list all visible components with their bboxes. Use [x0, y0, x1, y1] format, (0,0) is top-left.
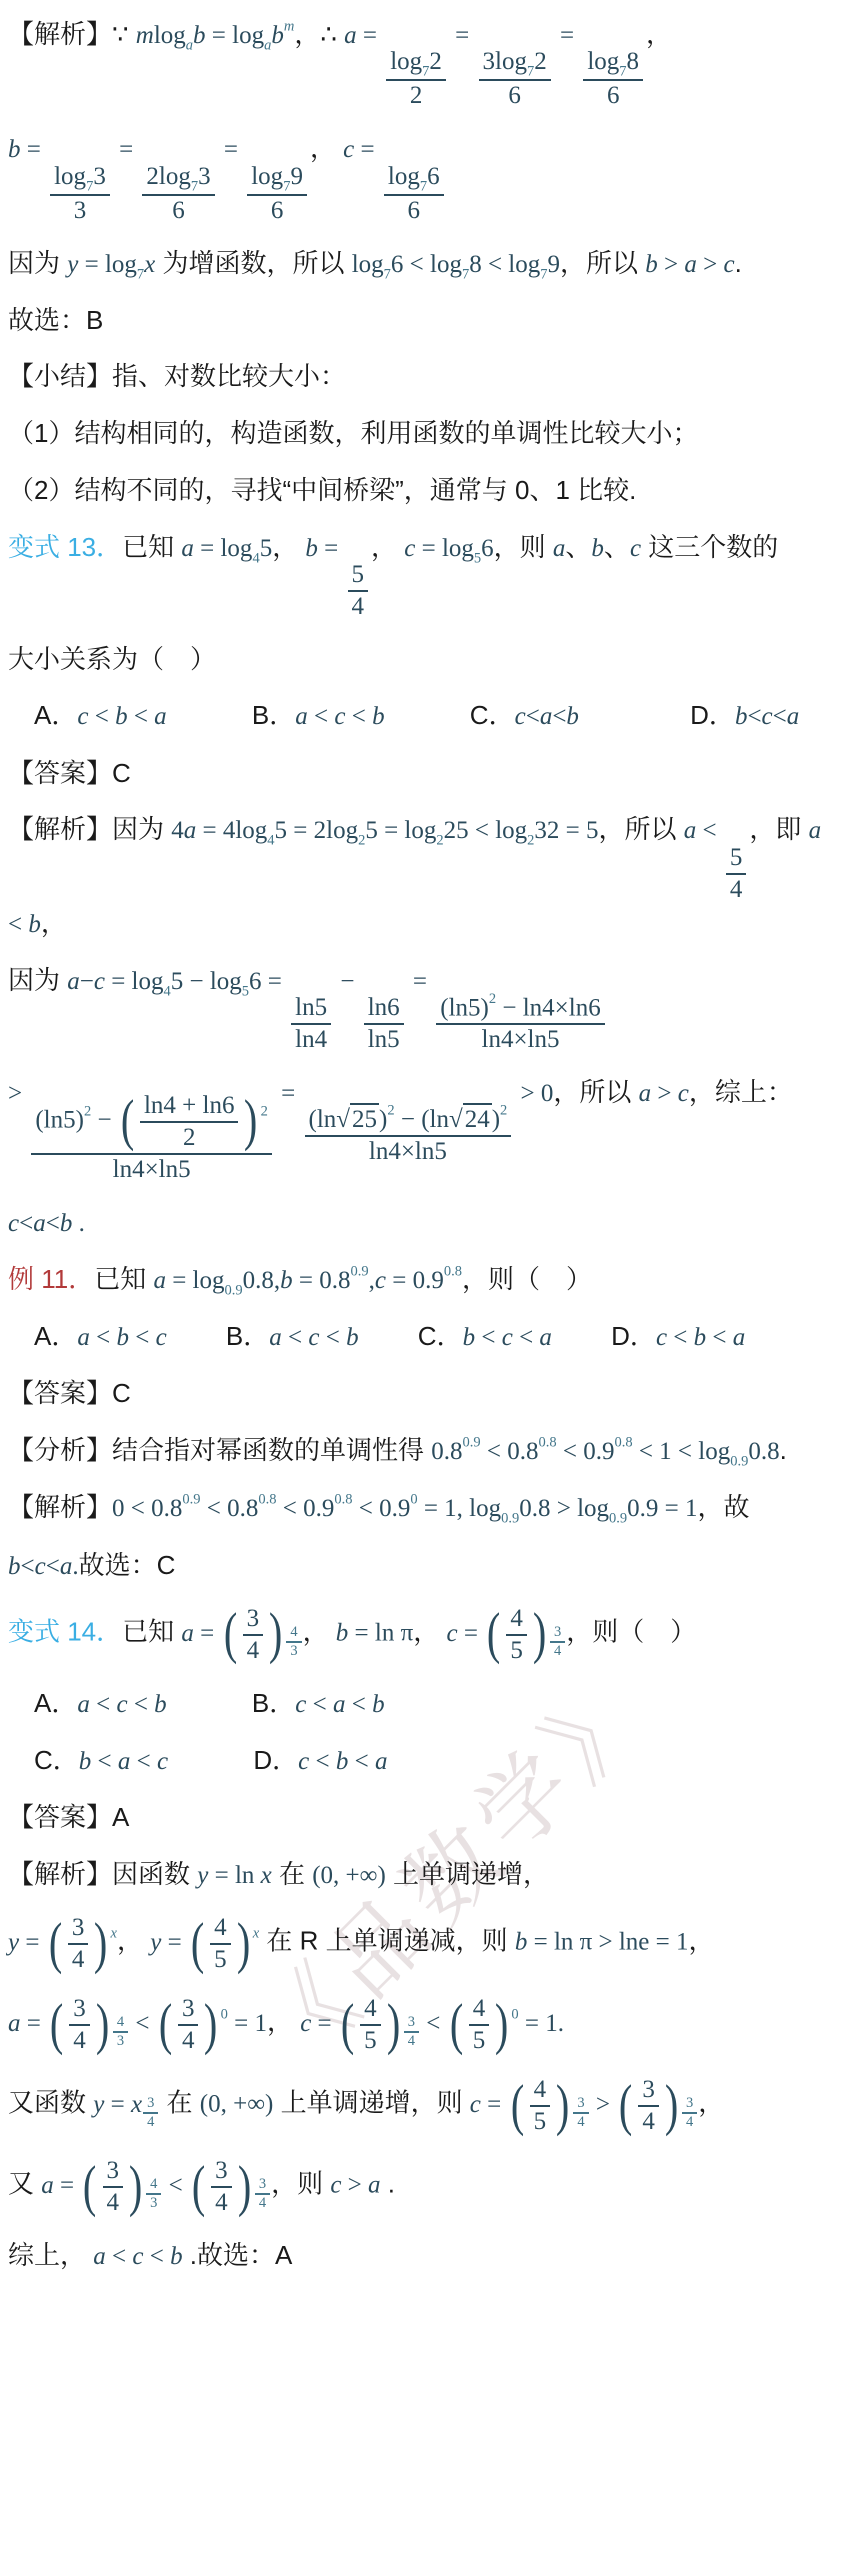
math-expression: b > a > c — [645, 251, 734, 278]
paren-group: (45) — [188, 1913, 253, 1975]
subscript: 7 — [86, 178, 93, 194]
radical: √24 — [449, 1103, 492, 1135]
math-expression: mlogab = logabm — [136, 22, 295, 49]
doc-line: b<c<a.故选：C — [8, 1547, 837, 1585]
fraction: 34 — [143, 2095, 158, 2132]
doc-line: 变式 14．已知 a = (34)43， b = ln π， c = (45)3… — [8, 1604, 837, 1666]
math-expression: (0, +∞) — [200, 2091, 274, 2118]
math-expression: 4a = 4log45 = 2log25 = log225 < log232 =… — [171, 817, 598, 844]
fraction: 54 — [726, 843, 747, 905]
subscript: 7 — [191, 178, 198, 194]
math-expression: b<c<a. — [8, 1553, 79, 1580]
doc-line: 【解析】0 < 0.80.9 < 0.80.8 < 0.90.8 < 0.90 … — [8, 1489, 837, 1527]
math-expression: a = log45 — [181, 535, 272, 562]
math-expression: c — [630, 535, 641, 562]
fraction: 2log736 — [142, 162, 214, 226]
doc-line: 【小结】指、对数比较大小： — [8, 358, 837, 396]
paren-group: (34) — [189, 2156, 254, 2218]
fraction: 45 — [469, 1994, 490, 2056]
fraction: 34 — [550, 1624, 565, 1661]
doc-line: 综上， a < c < b .故选：A — [8, 2237, 837, 2275]
subscript: 7 — [422, 64, 429, 80]
superscript: 2 — [500, 1103, 507, 1119]
superscript: 0.9 — [350, 1264, 368, 1280]
paren-group: (34) — [221, 1604, 286, 1666]
doc-line: 例 11．已知 a = log0.90.8,b = 0.80.9,c = 0.9… — [8, 1261, 837, 1299]
math-expression: a < c < b — [77, 1691, 166, 1718]
superscript: 34 — [681, 2088, 698, 2104]
subscript: 7 — [283, 178, 290, 194]
doc-line: 大小关系为（ ） — [8, 641, 837, 679]
superscript: 0.8 — [444, 1264, 462, 1280]
subscript: 4 — [252, 550, 259, 566]
superscript: x — [111, 1926, 117, 1942]
math-expression: c < a < b — [295, 1691, 384, 1718]
doc-line: y = (34)x， y = (45)x 在 R 上单调递减，则 b = ln … — [8, 1913, 837, 1975]
superscript: 0.9 — [182, 1492, 200, 1508]
math-expression: y = (45)x — [150, 1929, 259, 1956]
math-expression: b<c<a — [735, 703, 799, 730]
math-expression: a > c — [639, 1080, 689, 1107]
paren-group: (45) — [508, 2075, 573, 2137]
doc-line: 【分析】结合指对幂函数的单调性得 0.80.9 < 0.80.8 < 0.90.… — [8, 1432, 837, 1470]
fraction: 43 — [146, 2176, 161, 2213]
subscript: 4 — [164, 983, 171, 999]
doc-line: （2）结构不同的，寻找“中间桥梁”，通常与 0、1 比较. — [8, 472, 837, 510]
subscript: 2 — [358, 833, 365, 849]
math-expression: c<a<b — [515, 703, 579, 730]
fraction: log722 — [386, 47, 446, 111]
doc-line: 又函数 y = x34 在 (0, +∞) 上单调递增，则 c = (45)34… — [8, 2075, 837, 2137]
subscript: 0.9 — [225, 1282, 243, 1298]
fraction: 34 — [404, 2014, 419, 2051]
math-expression: c < b < a — [298, 1748, 387, 1775]
paren-group: (34) — [47, 1994, 112, 2056]
superscript: 43 — [285, 1616, 302, 1632]
fraction: 43 — [113, 2014, 128, 2051]
math-expression: b = log733 = 2log736 = log796 — [8, 136, 310, 163]
doc-line: 【解析】因函数 y = ln x 在 (0, +∞) 上单调递增， — [8, 1856, 837, 1894]
math-expression: a = (34)43 < (34)34 — [41, 2172, 271, 2199]
doc-line: A．a < b < c B．a < c < b C．b < c < a D．c … — [8, 1318, 837, 1356]
math-expression: a < c < b — [295, 703, 384, 730]
superscript: 2 — [261, 1103, 268, 1119]
fraction: 34 — [255, 2176, 270, 2213]
superscript: 0.8 — [614, 1435, 632, 1451]
superscript: 0.8 — [258, 1492, 276, 1508]
math-expression: c = log56 — [404, 535, 493, 562]
paren-group: (34) — [616, 2075, 681, 2137]
fraction: 45 — [506, 1604, 527, 1666]
subscript: 2 — [436, 833, 443, 849]
doc-line: 【答案】C — [8, 1375, 837, 1413]
fraction: 34 — [178, 1994, 199, 2056]
fraction: 34 — [573, 2095, 588, 2132]
fraction: 54 — [348, 560, 369, 622]
subscript: 7 — [540, 266, 547, 282]
doc-line: A．c < b < a B．a < c < b C．c<a<b D．b<c<a — [8, 697, 837, 735]
subscript: a — [186, 38, 193, 54]
superscript: 0.8 — [334, 1492, 352, 1508]
math-expression: > (ln5)2 − (ln4 + ln62)2ln4×ln5 = (ln√25… — [8, 1080, 553, 1107]
superscript: 0.8 — [538, 1435, 556, 1451]
fraction: (ln√25)2 − (ln√24)2ln4×ln5 — [305, 1103, 512, 1167]
fraction: log796 — [247, 162, 307, 226]
subscript: 0.9 — [730, 1454, 748, 1470]
fraction: 45 — [210, 1913, 231, 1975]
math-expression: y = ln x — [197, 1862, 272, 1889]
superscript: 2 — [489, 991, 496, 1007]
fraction: 34 — [69, 1994, 90, 2056]
doc-line: 因为 a−c = log45 − log56 = ln5ln4 − ln6ln5… — [8, 962, 837, 1055]
doc-line: a = (34)43 < (34)0 = 1， c = (45)34 < (45… — [8, 1994, 837, 2056]
paren-group: (34) — [156, 1994, 221, 2056]
subscript: 7 — [462, 266, 469, 282]
math-expression: 0.80.9 < 0.80.8 < 0.90.8 < 1 < log0.90.8 — [431, 1438, 779, 1465]
fraction: ln4 + ln62 — [140, 1091, 239, 1153]
math-expression: log76 < log78 < log79 — [352, 251, 560, 278]
doc-line: 【答案】A — [8, 1799, 837, 1837]
math-expression: y = (34)x — [8, 1929, 117, 1956]
math-expression: c = (45)34 < (45)0 = 1. — [300, 2010, 564, 2037]
doc-line: c<a<b . — [8, 1204, 837, 1242]
fraction: 45 — [530, 2075, 551, 2137]
paren-group: (45) — [338, 1994, 403, 2056]
math-expression: c = log766 — [343, 136, 446, 163]
math-expression: a — [553, 535, 566, 562]
math-expression: a = (34)43 < (34)0 = 1 — [8, 2010, 267, 2037]
doc-lines: 【解析】∵ mlogab = logabm，∴ a = log722 = 3lo… — [8, 16, 837, 2276]
superscript: 34 — [403, 2007, 420, 2023]
variant-label: 变式 13． — [8, 532, 122, 562]
math-expression: b = 54 — [305, 535, 371, 562]
doc-line: C．b < a < c D．c < b < a — [8, 1742, 837, 1780]
subscript: 2 — [527, 833, 534, 849]
subscript: 5 — [474, 550, 481, 566]
math-expression: 0 < 0.80.9 < 0.80.8 < 0.90.8 < 0.90 = 1,… — [112, 1495, 698, 1522]
fraction: log733 — [50, 162, 110, 226]
math-expression: y = log7x — [67, 251, 155, 278]
math-expression: y = x34 — [93, 2091, 159, 2118]
math-expression: c > a — [330, 2172, 380, 2199]
paren-group: (34) — [80, 2156, 145, 2218]
subscript: 7 — [527, 64, 534, 80]
fraction: 43 — [286, 1624, 301, 1661]
doc-line: 因为 y = log7x 为增函数，所以 log76 < log78 < log… — [8, 245, 837, 283]
fraction: 34 — [68, 1913, 89, 1975]
doc-line: （1）结构相同的，构造函数，利用函数的单调性比较大小； — [8, 415, 837, 453]
example-label: 例 11． — [8, 1264, 94, 1294]
doc-line: 【答案】C — [8, 755, 837, 793]
subscript: 7 — [619, 64, 626, 80]
radical: √25 — [336, 1103, 379, 1135]
doc-line: 【解析】因为 4a = 4log45 = 2log25 = log225 < l… — [8, 811, 837, 943]
math-expression: a < c < b — [269, 1324, 358, 1351]
math-expression: b < a < c — [79, 1748, 168, 1775]
paren-group: (45) — [447, 1994, 512, 2056]
superscript: m — [284, 19, 294, 35]
doc-line: 【解析】∵ mlogab = logabm，∴ a = log722 = 3lo… — [8, 16, 837, 111]
fraction: 34 — [103, 2156, 124, 2218]
fraction: 34 — [243, 1604, 264, 1666]
math-expression: b — [591, 535, 604, 562]
fraction: ln5ln4 — [291, 993, 331, 1055]
fraction: ln6ln5 — [364, 993, 404, 1055]
doc-line: b = log733 = 2log736 = log796， c = log76… — [8, 130, 837, 225]
superscript: 34 — [572, 2088, 589, 2104]
variant-label: 变式 14． — [8, 1617, 122, 1647]
superscript: 34 — [254, 2169, 271, 2185]
superscript: 2 — [84, 1103, 91, 1119]
paren-group: (ln4 + ln62) — [118, 1091, 261, 1153]
math-expression: b < c < a — [463, 1324, 552, 1351]
math-expression: a < c < b — [93, 2243, 182, 2270]
math-expression: a = (34)43 — [181, 1620, 302, 1647]
superscript: 43 — [145, 2169, 162, 2185]
fraction: 34 — [211, 2156, 232, 2218]
fraction: (ln5)2 − (ln4 + ln62)2ln4×ln5 — [31, 1091, 272, 1185]
subscript: 4 — [267, 833, 274, 849]
math-expression: (0, +∞) — [312, 1862, 386, 1889]
subscript: 0.9 — [501, 1511, 519, 1527]
math-expression: a < b < c — [77, 1324, 166, 1351]
doc-line: 又 a = (34)43 < (34)34，则 c > a . — [8, 2156, 837, 2218]
superscript: 0.9 — [462, 1435, 480, 1451]
superscript: 2 — [387, 1103, 394, 1119]
math-expression: a = log722 = 3log726 = log786 — [344, 22, 646, 49]
subscript: 0.9 — [609, 1511, 627, 1527]
math-expression: a−c = log45 − log56 = ln5ln4 − ln6ln5 = … — [67, 968, 608, 995]
fraction: 34 — [638, 2075, 659, 2137]
subscript: 5 — [242, 983, 249, 999]
superscript: 34 — [549, 1616, 566, 1632]
doc-line: > (ln5)2 − (ln4 + ln62)2ln4×ln5 = (ln√25… — [8, 1074, 837, 1185]
document-page: { "meta": { "doc_type": "math-worksheet"… — [0, 0, 843, 2560]
paren-group: (45) — [484, 1604, 549, 1666]
fraction: 3log726 — [479, 47, 551, 111]
fraction: 45 — [360, 1994, 381, 2056]
doc-line: 故选：B — [8, 302, 837, 340]
math-expression: a < 54 — [684, 817, 750, 844]
math-expression: c<a<b . — [8, 1210, 85, 1237]
superscript: 43 — [112, 2007, 129, 2023]
doc-line: A．a < c < b B．c < a < b — [8, 1685, 837, 1723]
math-expression: c = (45)34 > (34)34 — [470, 2091, 698, 2118]
superscript: 34 — [142, 2088, 159, 2104]
math-expression: c = (45)34 — [446, 1620, 566, 1647]
fraction: log766 — [384, 162, 444, 226]
superscript: x — [253, 1926, 259, 1942]
superscript: 0 — [410, 1492, 417, 1508]
fraction: 34 — [682, 2095, 697, 2132]
superscript: 0 — [221, 2007, 228, 2023]
doc-line: 变式 13．已知 a = log45， b = 54， c = log56，则 … — [8, 529, 837, 622]
paren-group: (34) — [46, 1913, 111, 1975]
fraction: (ln5)2 − ln4×ln6ln4×ln5 — [436, 992, 604, 1055]
fraction: log786 — [583, 47, 643, 111]
math-expression: c < b < a — [656, 1324, 745, 1351]
superscript: 0 — [511, 2007, 518, 2023]
math-expression: b = ln π > lne = 1 — [515, 1929, 689, 1956]
math-expression: a = log0.90.8,b = 0.80.9,c = 0.90.8 — [153, 1267, 462, 1294]
math-expression: c < b < a — [77, 703, 166, 730]
subscript: 7 — [420, 178, 427, 194]
math-expression: b = ln π — [336, 1620, 413, 1647]
subscript: 7 — [384, 266, 391, 282]
